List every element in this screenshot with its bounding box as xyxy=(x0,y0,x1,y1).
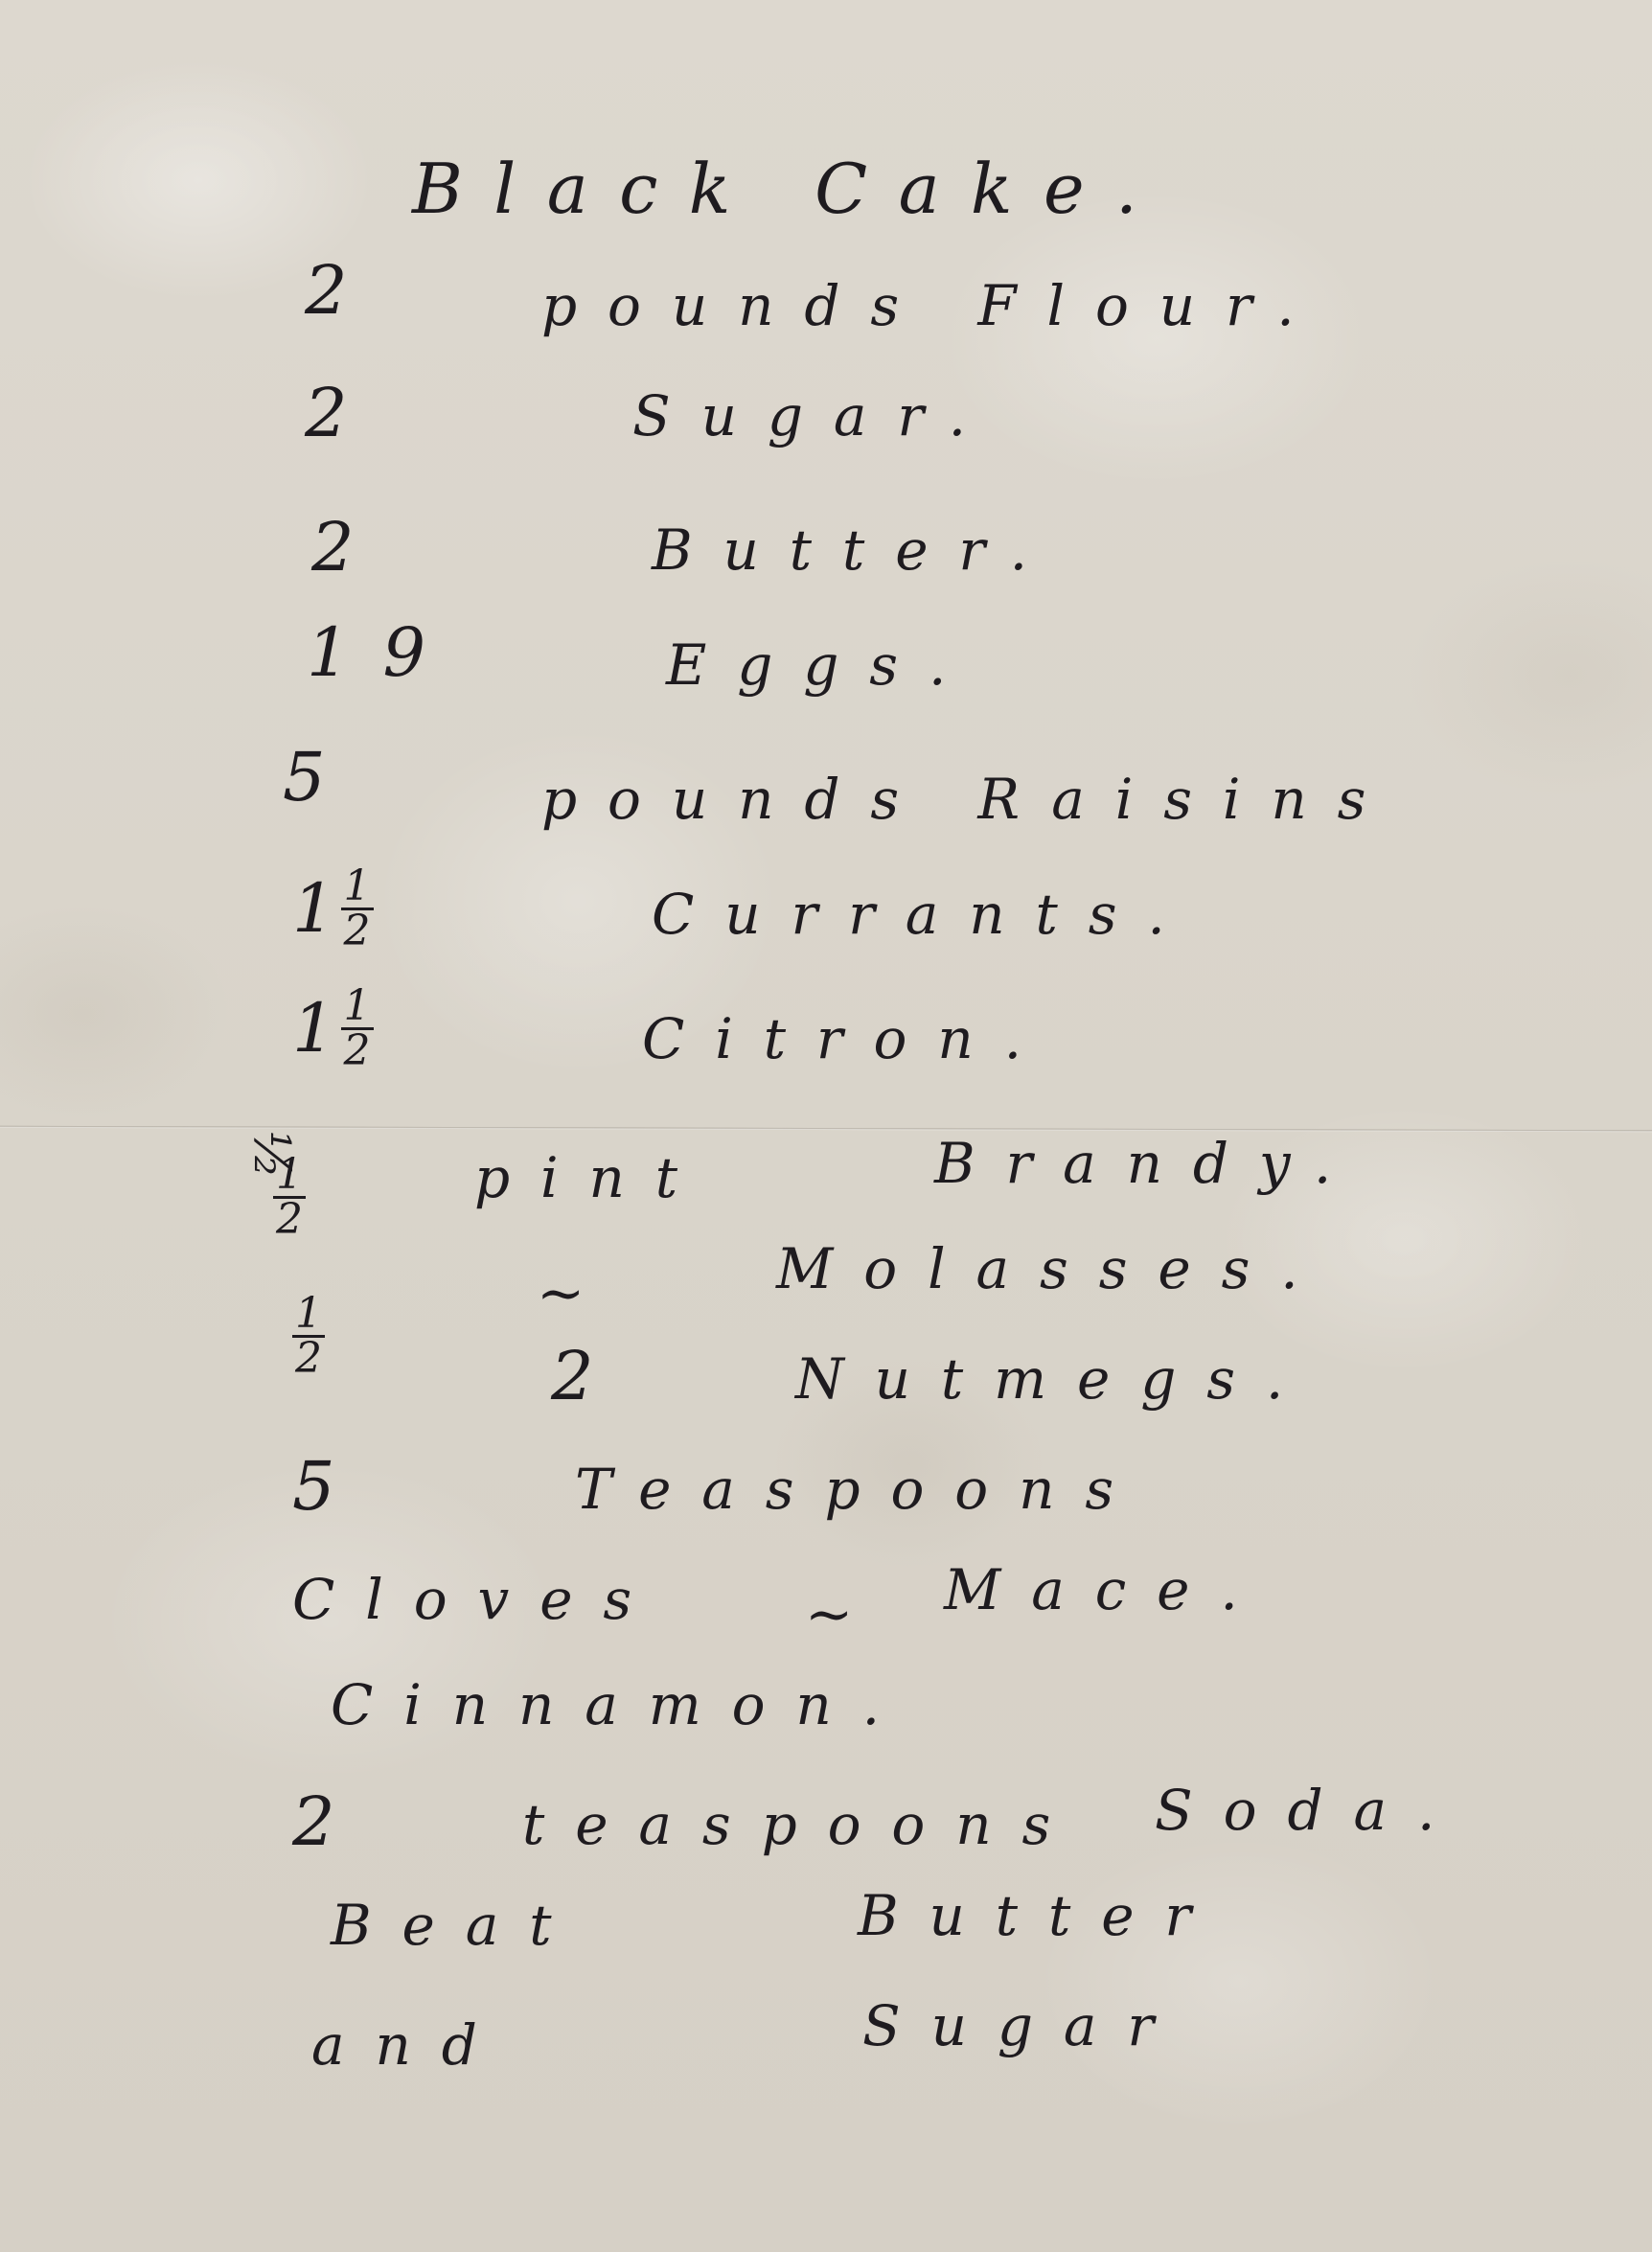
ingredient-qty-flour: 2 xyxy=(305,251,348,330)
ingredient-butter: Butter. xyxy=(652,517,1058,583)
fraction-denominator: 2 xyxy=(344,1032,371,1070)
ingredient-flour: pounds Flour. xyxy=(541,273,1325,338)
fraction-numerator: 1 xyxy=(344,867,371,906)
instruction-sugar: Sugar xyxy=(862,1993,1184,2058)
ingredient-qty-nutmegs: 2 xyxy=(551,1337,594,1415)
fraction: 1 2 xyxy=(341,987,374,1069)
instruction-butter: Butter xyxy=(858,1883,1222,1948)
ingredient-citron: Citron. xyxy=(642,1006,1052,1071)
ingredient-soda: Soda. xyxy=(1155,1778,1465,1843)
ingredient-qty-teaspoons: 5 xyxy=(292,1447,335,1526)
recipe-paper: Black Cake. 2 pounds Flour. 2 Sugar. 2 B… xyxy=(0,0,1652,2252)
ingredient-sugar: Sugar. xyxy=(632,383,997,448)
ingredient-cinnamon: Cinnamon. xyxy=(331,1672,910,1737)
ingredient-cloves: Cloves xyxy=(292,1567,662,1632)
ingredient-currants: Currants. xyxy=(652,882,1196,947)
ingredient-qty-raisins: 5 xyxy=(283,738,326,816)
fraction: 1 2 xyxy=(292,1295,325,1377)
fraction: 1 2 xyxy=(273,1156,306,1238)
fraction-numerator: 1 xyxy=(276,1156,303,1194)
fraction: 1 2 xyxy=(341,867,374,950)
ingredient-brandy-unit: pint xyxy=(474,1145,708,1210)
recipe-title: Black Cake. xyxy=(412,149,1168,229)
ingredient-qty-sugar: 2 xyxy=(305,374,348,452)
ingredient-teaspoons-soda: teaspoons xyxy=(522,1792,1081,1857)
ingredient-mace: Mace. xyxy=(944,1557,1269,1622)
ingredient-teaspoons: Teaspoons xyxy=(575,1457,1144,1522)
ingredient-qty-soda: 2 xyxy=(292,1782,335,1861)
fraction-denominator: 2 xyxy=(344,912,371,951)
ditto-mark: ~ xyxy=(537,1260,585,1327)
ingredient-qty-molasses: 1 2 xyxy=(292,1265,325,1377)
fraction-denominator: 2 xyxy=(295,1340,322,1378)
ingredient-qty-brandy: 1 2 xyxy=(273,1126,306,1238)
qty-whole: 1 xyxy=(292,989,335,1068)
instruction-and: and xyxy=(311,2012,508,2078)
ingredient-qty-eggs: 19 xyxy=(307,613,459,692)
ditto-mark: ~ xyxy=(805,1581,853,1648)
ingredient-nutmegs: Nutmegs. xyxy=(795,1346,1314,1412)
ingredient-molasses: Molasses. xyxy=(776,1236,1329,1301)
ingredient-qty-currants: 1 1 2 xyxy=(292,867,374,950)
ingredient-raisins: pounds Raisins xyxy=(541,767,1396,832)
ingredient-brandy: Brandy. xyxy=(934,1131,1362,1196)
ingredient-eggs: Eggs. xyxy=(666,632,976,698)
instruction-beat: Beat xyxy=(331,1893,582,1958)
qty-whole: 1 xyxy=(292,869,335,948)
ingredient-qty-butter: 2 xyxy=(311,508,355,586)
fraction-denominator: 2 xyxy=(276,1201,303,1239)
fraction-numerator: 1 xyxy=(344,987,371,1025)
ingredient-qty-citron: 1 1 2 xyxy=(292,987,374,1069)
fraction-numerator: 1 xyxy=(295,1295,322,1333)
